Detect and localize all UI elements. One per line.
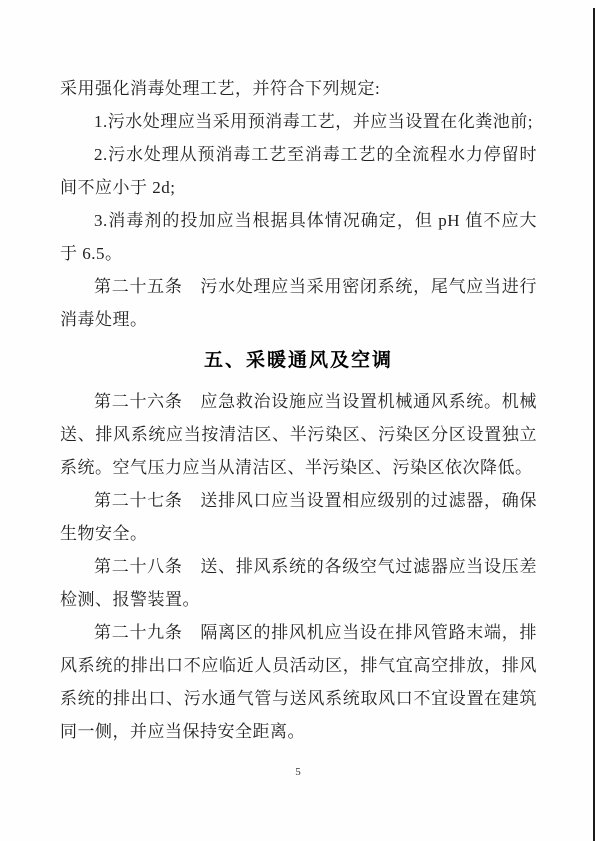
section-heading: 五、采暖通风及空调	[60, 344, 537, 378]
paragraph: 2.污水处理从预消毒工艺至消毒工艺的全流程水力停留时间不应小于 2d;	[60, 138, 537, 204]
paragraph: 1.污水处理应当采用预消毒工艺，并应当设置在化粪池前;	[60, 105, 537, 138]
page-edge-line	[593, 8, 595, 841]
hvac-section: 第二十六条 应急救治设施应当设置机械通风系统。机械送、排风系统应当按清洁区、半污…	[60, 385, 537, 748]
sewage-disinfection-section: 采用强化消毒处理工艺，并符合下列规定: 1.污水处理应当采用预消毒工艺，并应当设…	[60, 72, 537, 336]
paragraph: 第二十九条 隔离区的排风机应当设在排风管路末端，排风系统的排出口不应临近人员活动…	[60, 616, 537, 748]
paragraph: 第二十五条 污水处理应当采用密闭系统，尾气应当进行消毒处理。	[60, 270, 537, 336]
page-number: 5	[0, 766, 596, 778]
paragraph: 第二十七条 送排风口应当设置相应级别的过滤器，确保生物安全。	[60, 484, 537, 550]
paragraph: 第二十六条 应急救治设施应当设置机械通风系统。机械送、排风系统应当按清洁区、半污…	[60, 385, 537, 484]
paragraph: 第二十八条 送、排风系统的各级空气过滤器应当设压差检测、报警装置。	[60, 550, 537, 616]
paragraph: 采用强化消毒处理工艺，并符合下列规定:	[60, 72, 537, 105]
document-content: 采用强化消毒处理工艺，并符合下列规定: 1.污水处理应当采用预消毒工艺，并应当设…	[60, 0, 537, 748]
paragraph: 3.消毒剂的投加应当根据具体情况确定，但 pH 值不应大于 6.5。	[60, 204, 537, 270]
document-page: 采用强化消毒处理工艺，并符合下列规定: 1.污水处理应当采用预消毒工艺，并应当设…	[0, 0, 596, 841]
